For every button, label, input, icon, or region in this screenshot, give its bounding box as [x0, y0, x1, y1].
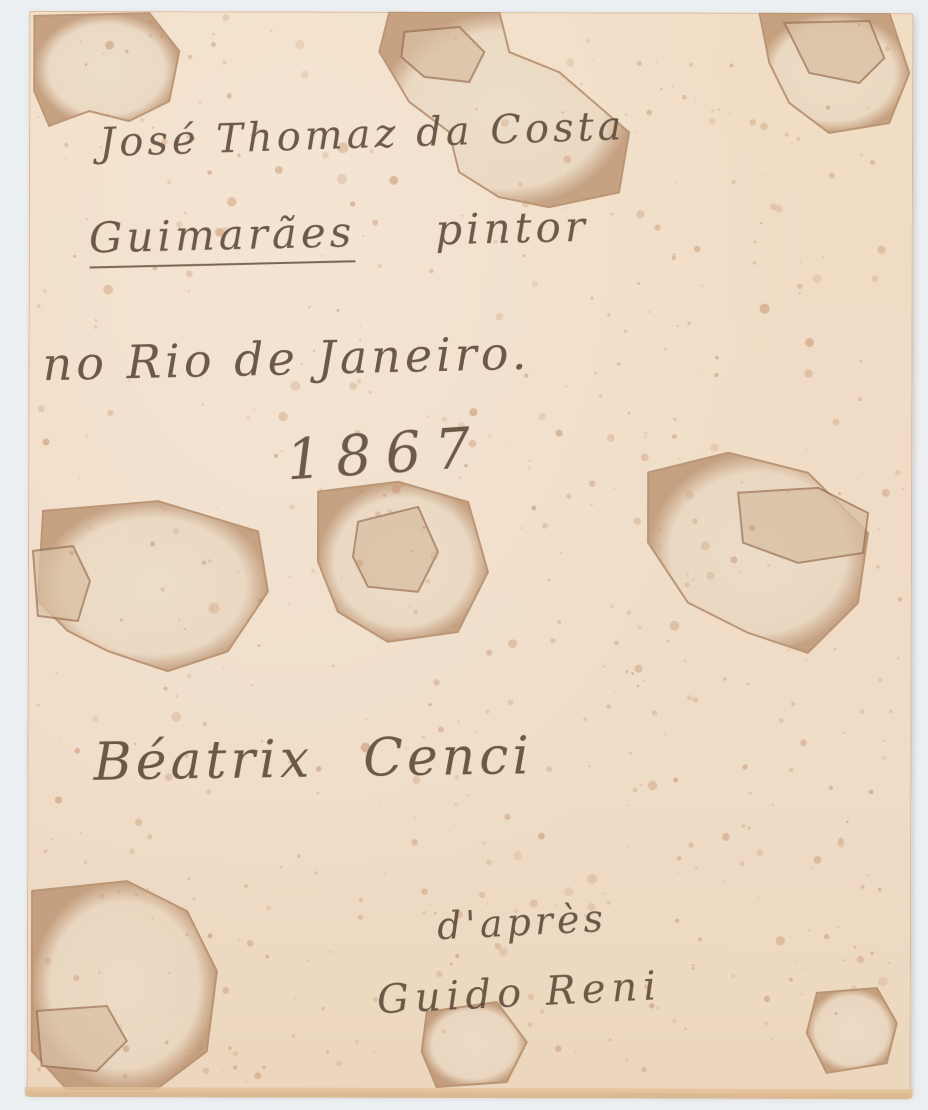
inscription-location: no Rio de Janeiro.	[42, 326, 531, 391]
paper-sheet: José Thomaz da Costa Guimarãespintor no …	[27, 11, 914, 1095]
inscription-title-last: Cenci	[363, 726, 534, 789]
inscription-year: 1867	[284, 415, 486, 493]
inscription-title-first: Béatrix	[93, 730, 314, 793]
inscription-title-line: BéatrixCenci	[93, 726, 533, 793]
inscription-surname: Guimarães	[88, 207, 356, 268]
inscription-role: pintor	[435, 202, 590, 255]
inscription-after-label: d'après	[436, 896, 608, 948]
